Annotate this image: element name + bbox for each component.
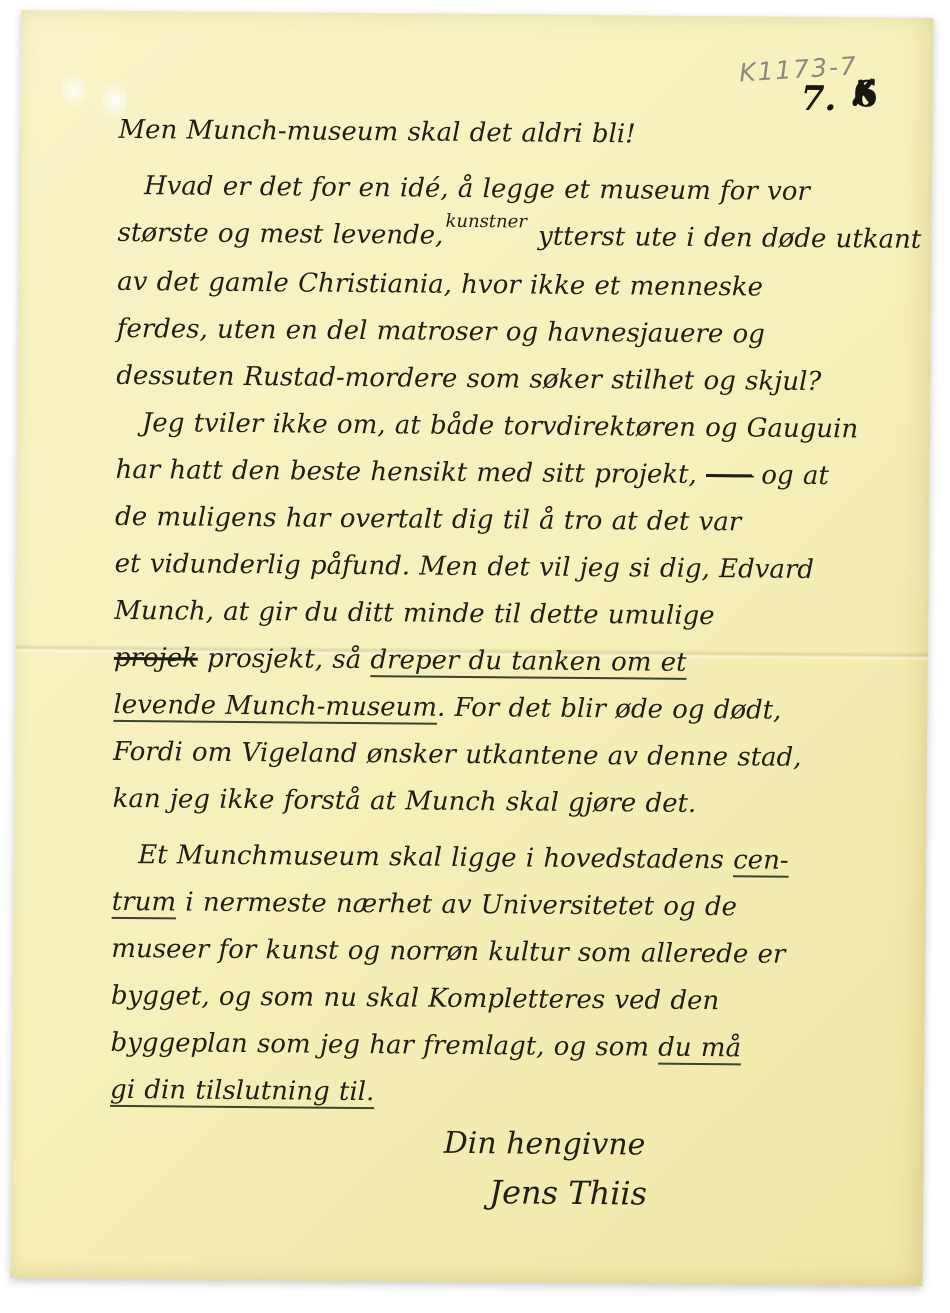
- letter-segment: Men Munch-museum skal det aldri bli!: [118, 115, 635, 150]
- letter-line: projek prosjekt, så dreper du tanken om …: [114, 635, 894, 689]
- letter-closing: Din hengivne Jens Thiis: [11, 1122, 924, 1215]
- letter-body: Men Munch-museum skal det aldri bli!Hvad…: [110, 107, 899, 1121]
- letter-segment: Munch, at gir du ditt minde til dette um…: [114, 596, 715, 631]
- letter-segment: Jeg tviler ikke om, at både torvdirektør…: [142, 408, 858, 444]
- letter-line: ferdes, uten en del matroser og havnesja…: [117, 306, 897, 360]
- letter-line: av det gamle Christiania, hvor ikke et m…: [117, 259, 897, 313]
- letter-segment: byggeplan som jeg har fremlagt, og som: [110, 1028, 658, 1063]
- letter-segment-u: gi din tilslutning til.: [110, 1075, 374, 1107]
- letter-segment-strike: projek: [114, 643, 198, 674]
- letter-line: trum i nermeste nærhet av Universitetet …: [112, 879, 892, 933]
- letter-segment-u: du må: [658, 1033, 741, 1064]
- letter-line: levende Munch-museum. For det blir øde o…: [113, 682, 893, 736]
- letter-segment: største og mest levende,: [117, 218, 443, 251]
- letter-line: største og mest levende,kunstner ytterst…: [117, 210, 897, 266]
- letter-segment: museer for kunst og norrøn kultur som al…: [111, 934, 785, 970]
- letter-line: Jeg tviler ikke om, at både torvdirektør…: [116, 400, 896, 454]
- letter-segment-u: dreper du tanken om et: [370, 645, 686, 678]
- letter-segment: i nermeste nærhet av Universitetet og de: [176, 887, 737, 922]
- letter-segment: prosjekt, så: [198, 644, 371, 676]
- letter-line: bygget, og som nu skal Kompletteres ved …: [111, 973, 891, 1027]
- letter-line: de muligens har overtalt dig til å tro a…: [115, 494, 895, 548]
- paper-smudge: [61, 68, 87, 112]
- letter-line: museer for kunst og norrøn kultur som al…: [111, 926, 891, 980]
- letter-line: gi din tilslutning til.: [110, 1067, 890, 1121]
- letter-line: Men Munch-museum skal det aldri bli!: [118, 107, 898, 161]
- letter-segment: de muligens har overtalt dig til å tro a…: [115, 502, 741, 537]
- letter-line: Munch, at gir du ditt minde til dette um…: [114, 588, 894, 642]
- letter-segment: dessuten Rustad-mordere som søker stilhe…: [116, 361, 821, 397]
- archive-number: K1173-7: [738, 51, 859, 87]
- letter-paper: K1173-7 7. 6 ✗ Men Munch-museum skal det…: [10, 10, 933, 1286]
- letter-segment: kan jeg ikke forstå at Munch skal gjøre …: [113, 784, 697, 819]
- letter-segment: Fordi om Vigeland ønsker utkantene av de…: [113, 737, 802, 773]
- letter-segment-u: trum: [112, 887, 177, 918]
- letter-line: Fordi om Vigeland ønsker utkantene av de…: [113, 729, 893, 783]
- letter-segment: av det gamle Christiania, hvor ikke et m…: [117, 267, 763, 303]
- letter-line: et vidunderlig påfund. Men det vil jeg s…: [115, 541, 895, 595]
- letter-line: har hatt den beste hensikt med sitt proj…: [115, 447, 895, 501]
- letter-segment: har hatt den beste hensikt med sitt proj…: [115, 455, 706, 490]
- letter-segment: bygget, og som nu skal Kompletteres ved …: [111, 981, 719, 1016]
- letter-line: byggeplan som jeg har fremlagt, og som d…: [110, 1020, 890, 1074]
- letter-line: Et Munchmuseum skal ligge i hovedstadens…: [112, 832, 892, 886]
- letter-segment: ytterst ute i den døde utkant: [529, 221, 922, 254]
- crossed-out-numeral: 6 ✗: [849, 73, 883, 117]
- letter-segment-insert: kunstner: [445, 198, 527, 246]
- letter-segment-u: cen-: [733, 845, 789, 875]
- letter-segment: og at: [752, 460, 829, 491]
- letter-segment: ferdes, uten en del matroser og havnesja…: [117, 314, 765, 350]
- letter-segment: Et Munchmuseum skal ligge i hovedstadens: [138, 840, 733, 875]
- letter-segment: et vidunderlig påfund. Men det vil jeg s…: [115, 549, 815, 585]
- cross-icon: ✗: [849, 72, 880, 114]
- letter-line: kan jeg ikke forstå at Munch skal gjøre …: [112, 776, 892, 830]
- letter-segment-scribble: ——: [706, 460, 752, 490]
- letter-segment: . For det blir øde og dødt,: [437, 693, 782, 726]
- letter-line: dessuten Rustad-mordere som søker stilhe…: [116, 353, 896, 407]
- valediction: Din hengivne: [444, 1126, 924, 1165]
- signature: Jens Thiis: [489, 1173, 923, 1215]
- letter-segment-u: levende Munch-museum: [113, 690, 437, 723]
